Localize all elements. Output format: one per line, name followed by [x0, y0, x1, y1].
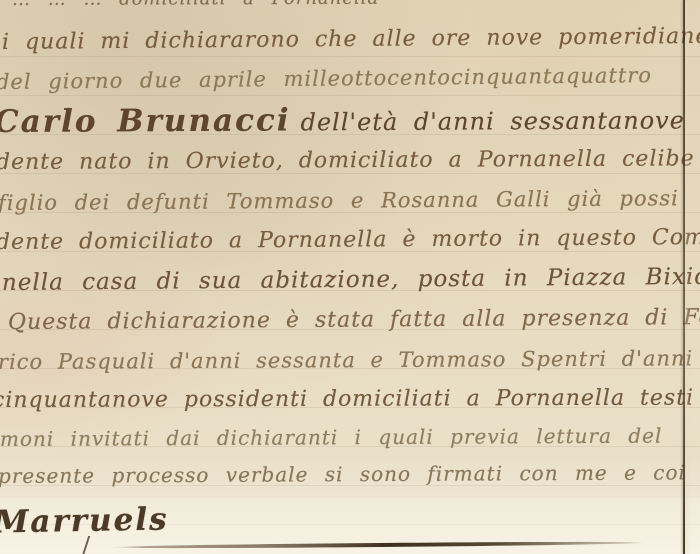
manuscript-line-text: dente domiciliato a Pornanella è morto i…: [0, 225, 700, 255]
manuscript-line-text: presente processo verbale si sono firmat…: [0, 460, 700, 488]
manuscript-page: … … … domiciliati a Pornanella i quali m…: [0, 0, 700, 554]
manuscript-line-clipped: … … … domiciliati a Pornanella: [12, 0, 379, 10]
manuscript-line-text: del giorno due aprile milleottocentocinq…: [0, 63, 652, 94]
manuscript-line: dente domiciliato a Pornanella è morto i…: [0, 225, 700, 255]
manuscript-line: del giorno due aprile milleottocentocinq…: [0, 63, 652, 94]
manuscript-line-text: dell'età d'anni sessantanove possi: [300, 106, 700, 136]
manuscript-line-text: nella casa di sua abitazione, posta in P…: [2, 264, 700, 296]
manuscript-line: moni invitati dai dichiaranti i quali pr…: [0, 424, 662, 451]
manuscript-line-text: moni invitati dai dichiaranti i quali pr…: [0, 424, 662, 451]
manuscript-line: presente processo verbale si sono firmat…: [0, 460, 700, 488]
manuscript-line: figlio dei defunti Tommaso e Rosanna Gal…: [0, 186, 679, 215]
manuscript-line-text: rico Pasquali d'anni sessanta e Tommaso …: [0, 346, 693, 374]
manuscript-line: nella casa di sua abitazione, posta in P…: [2, 264, 700, 296]
manuscript-line-text: i quali mi dichiararono che alle ore nov…: [2, 24, 700, 55]
manuscript-line-deceased: Carlo Brunaccidell'età d'anni sessantano…: [0, 100, 700, 140]
signature-ink-rule: [112, 541, 645, 550]
manuscript-line-text: Questa dichiarazione è stata fatta alla …: [8, 305, 700, 335]
manuscript-line: cinquantanove possidenti domiciliati a P…: [0, 386, 694, 413]
page-edge-line: [683, 0, 685, 554]
official-signature: Marruels: [0, 501, 169, 540]
deceased-name: Carlo Brunacci: [0, 102, 291, 140]
manuscript-line-text: figlio dei defunti Tommaso e Rosanna Gal…: [0, 186, 679, 215]
manuscript-line-text: dente nato in Orvieto, domiciliato a Por…: [0, 146, 695, 175]
manuscript-line: i quali mi dichiararono che alle ore nov…: [2, 24, 700, 55]
manuscript-line-text: … … … domiciliati a Pornanella: [12, 0, 379, 10]
manuscript-line-text: cinquantanove possidenti domiciliati a P…: [0, 386, 694, 413]
manuscript-line: dente nato in Orvieto, domiciliato a Por…: [0, 146, 695, 175]
manuscript-line: rico Pasquali d'anni sessanta e Tommaso …: [0, 346, 693, 374]
manuscript-line: Questa dichiarazione è stata fatta alla …: [8, 305, 700, 335]
